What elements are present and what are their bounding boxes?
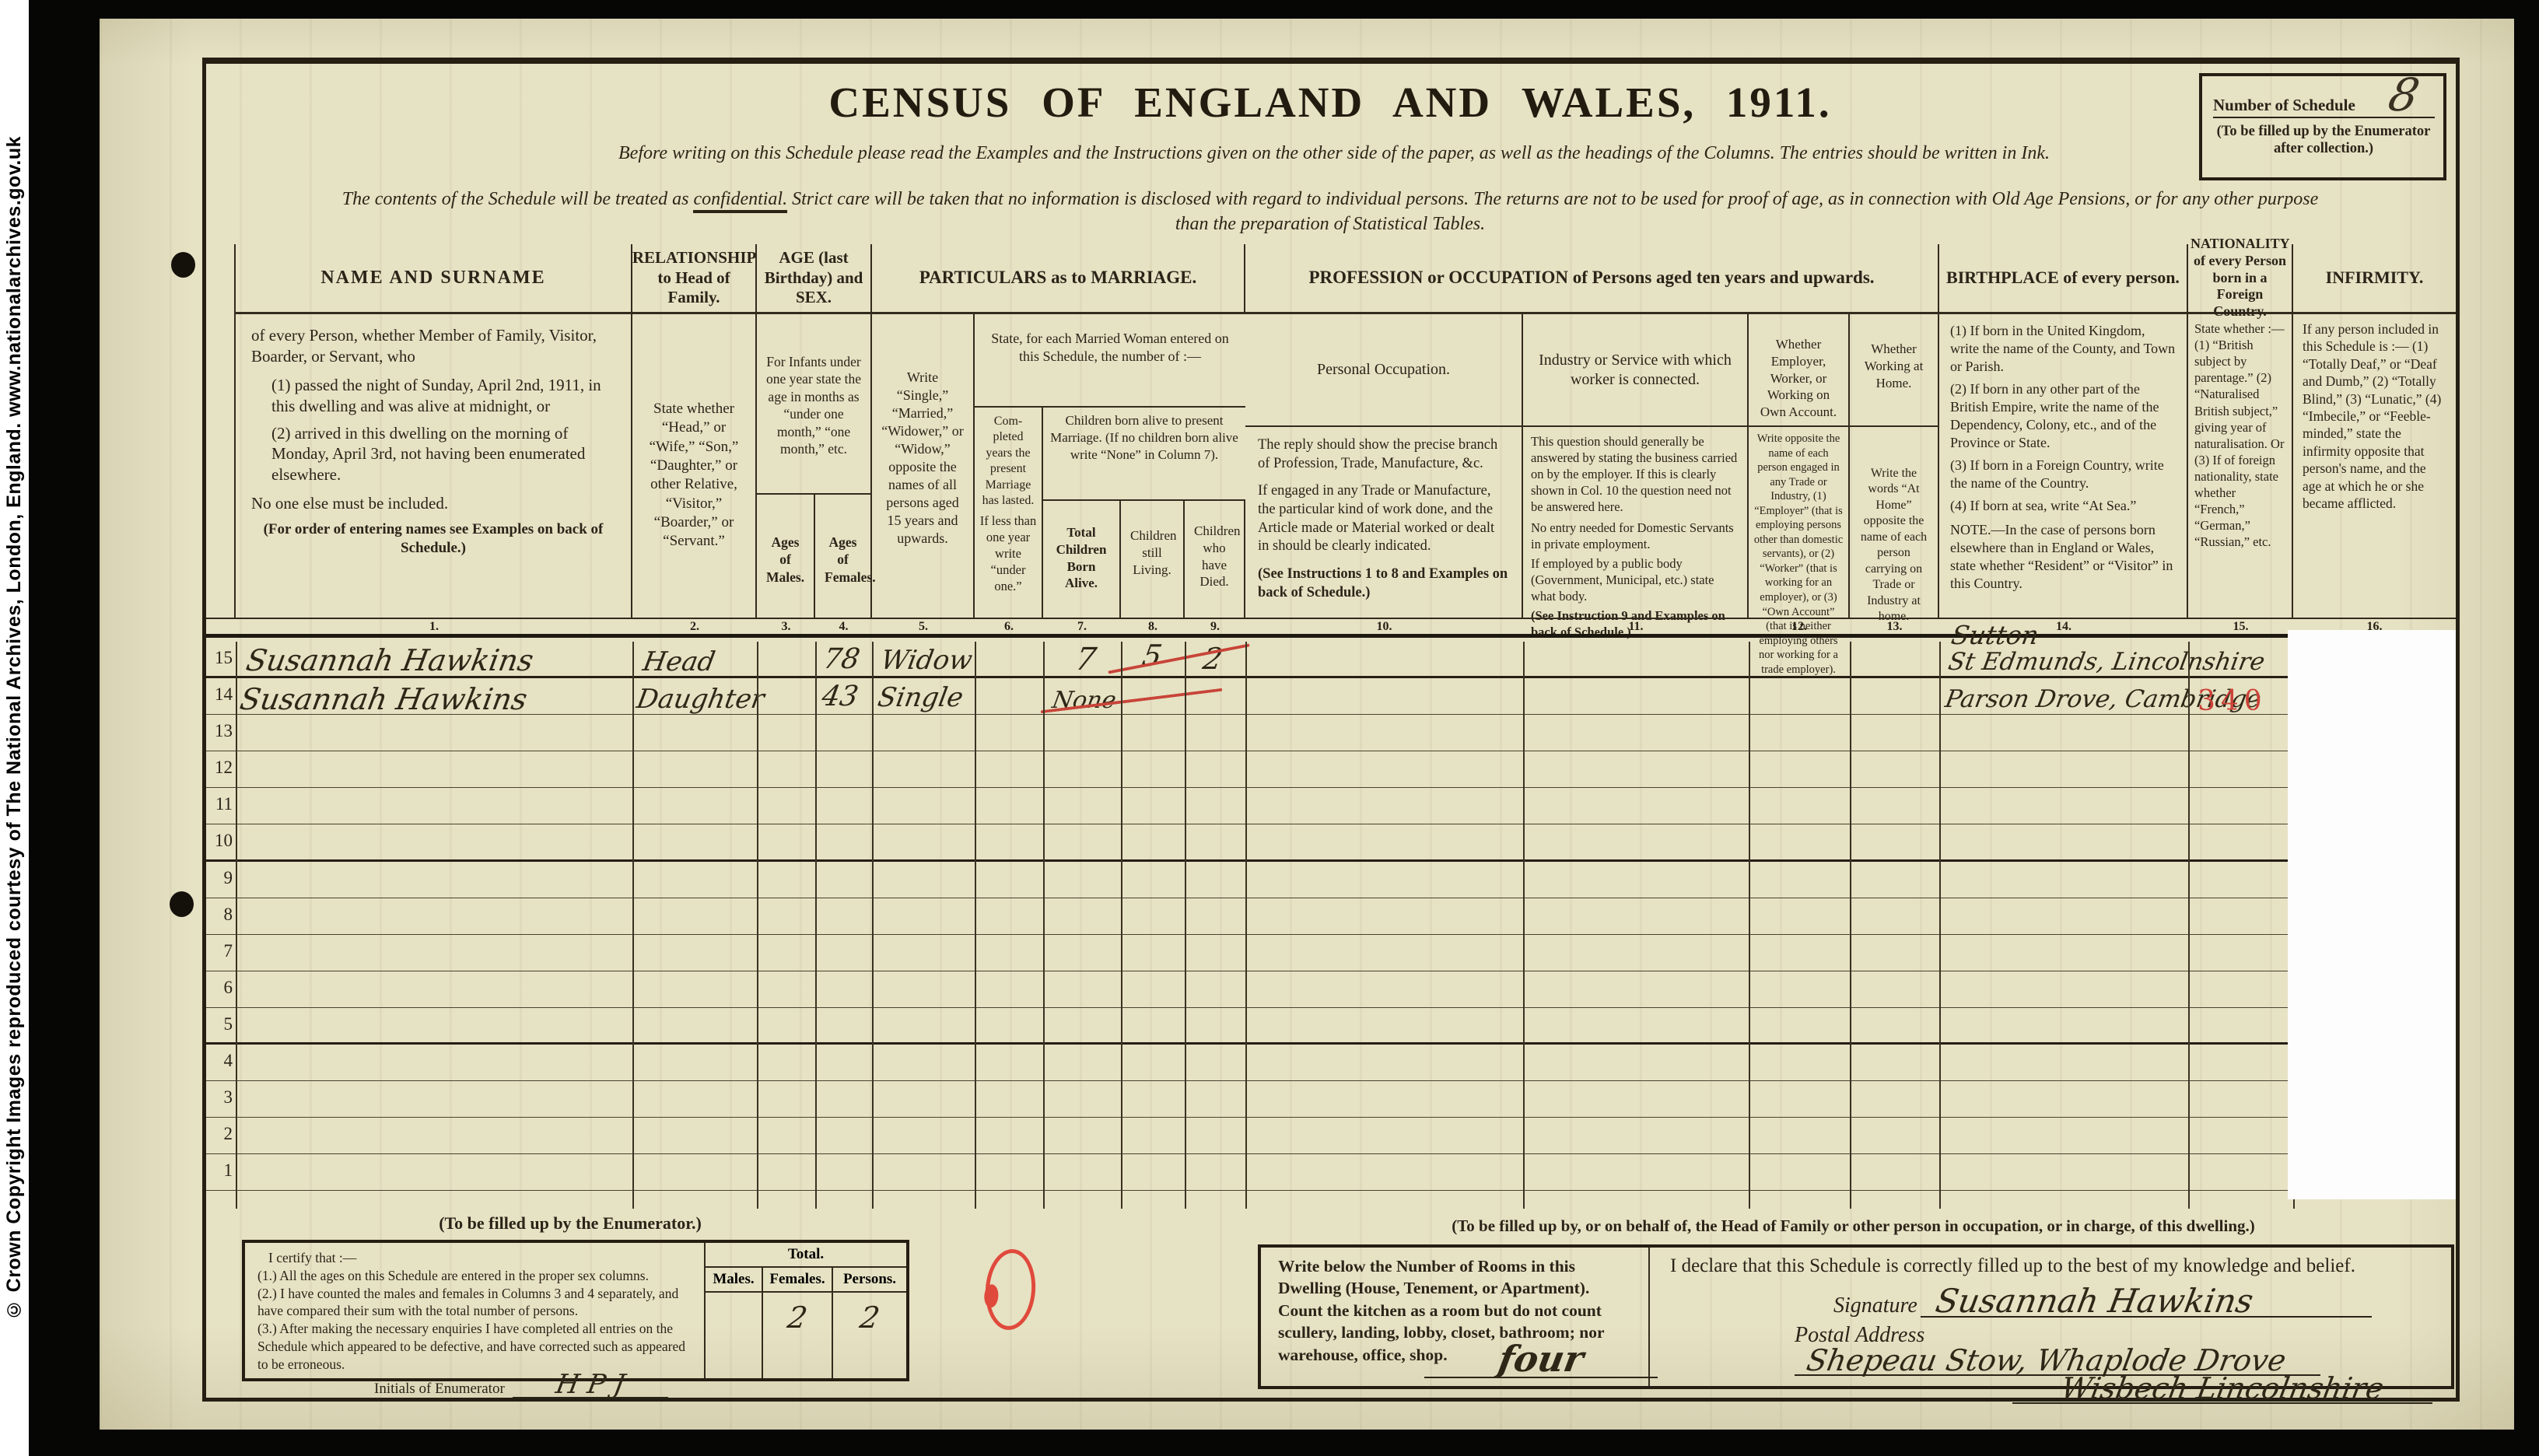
column-number: 11.	[1628, 620, 1643, 634]
col10-p1: The reply should show the precise branch…	[1258, 436, 1509, 473]
total-label: Total.	[706, 1243, 906, 1268]
row-number: 12	[206, 758, 233, 778]
totals-table: Total. Males. Females. 2 Person	[704, 1243, 906, 1378]
column-number: 6.	[1004, 620, 1014, 634]
col9-head: Children who have Died.	[1185, 501, 1245, 618]
column-divider	[815, 642, 817, 1209]
col14-i3: (3) If born in a Foreign Country, write …	[1950, 457, 2176, 492]
col12-title: Whether Employer, Worker, or Working on …	[1749, 314, 1850, 427]
col10-subtitle: Personal Occupation.	[1245, 314, 1523, 427]
table-row: 13	[206, 715, 2456, 751]
intro-line-2-post: Strict care will be taken that no inform…	[787, 189, 2318, 209]
hole-punch-top	[171, 252, 195, 278]
table-row: 4	[206, 1045, 2456, 1081]
col16-title: INFIRMITY.	[2293, 244, 2456, 314]
age-body: For Infants under one year state the age…	[757, 314, 872, 493]
row-number: 6	[206, 978, 233, 998]
postal-address-line2: Wisbech Lincolnshire	[2059, 1376, 2386, 1401]
row-number: 3	[206, 1087, 233, 1108]
table-row: 12	[206, 751, 2456, 788]
signature-label: Signature	[1833, 1293, 1917, 1318]
column-divider	[1749, 642, 1750, 1209]
col14-i2: (2) If born in any other part of the Bri…	[1950, 380, 2176, 452]
declaration-text: I declare that this Schedule is correctl…	[1670, 1255, 2432, 1277]
intro-line-2-tail: than the preparation of Statistical Tabl…	[1175, 214, 1485, 234]
col16-body: If any person included in this Schedule …	[2293, 314, 2456, 618]
column-divider	[1121, 642, 1122, 1209]
red-zero-mark	[982, 1248, 1038, 1332]
col3-head: Ages of Males.	[757, 493, 815, 618]
col5-body: Write “Single,” “Married,” “Widower,” or…	[872, 314, 975, 618]
persons-value: 2	[857, 1300, 882, 1335]
row-number: 15	[206, 648, 233, 668]
col7-head: Total Children Born Alive.	[1043, 501, 1121, 618]
column-divider	[1185, 642, 1186, 1209]
intro-line-1: Before writing on this Schedule please r…	[299, 143, 2369, 164]
rooms-cell: Write below the Number of Rooms in this …	[1261, 1248, 1650, 1386]
enumerator-certification: I certify that :— (1.) All the ages on t…	[245, 1243, 704, 1378]
col6-note: If less than one year write “under one.”	[979, 513, 1037, 595]
col15-body: State whether :— (1) “British subject by…	[2188, 314, 2293, 618]
row-number: 10	[206, 831, 233, 851]
row1-birthplace: St Edmunds, Lincolnshire	[1946, 648, 2267, 676]
row1-age-females: 78	[821, 643, 862, 675]
column-number: 9.	[1210, 620, 1220, 634]
row1-relationship: Head	[640, 646, 717, 677]
red-annotation-340: 340	[2198, 685, 2268, 717]
col4-head: Ages of Females.	[815, 493, 872, 618]
column-number: 12.	[1791, 620, 1807, 634]
females-label: Females.	[763, 1268, 832, 1293]
col12-body: Write opposite the name of each person e…	[1749, 427, 1850, 618]
table-row: 8	[206, 898, 2456, 935]
column-divider	[1043, 642, 1045, 1209]
col1-p2: (1) passed the night of Sunday, April 2n…	[251, 375, 615, 417]
col10-p3: (See Instructions 1 to 8 and Examples on…	[1258, 565, 1509, 602]
col15-title: NATIONALITY of every Person born in a Fo…	[2188, 244, 2293, 314]
col2-title: RELATIONSHIP to Head of Family.	[632, 244, 757, 314]
column-divider	[236, 642, 237, 1209]
females-value: 2	[785, 1300, 810, 1335]
bottom-sections: (To be filled up by the Enumerator.) I c…	[206, 1209, 2456, 1398]
column-number: 2.	[690, 620, 699, 634]
row-number: 13	[206, 721, 233, 741]
confidential-word: confidential.	[693, 189, 787, 213]
row-number: 9	[206, 868, 233, 888]
col1-p1: of every Person, whether Member of Famil…	[251, 325, 615, 367]
declaration-cell: I declare that this Schedule is correctl…	[1650, 1248, 2451, 1386]
row-number: 1	[206, 1160, 233, 1181]
postal-address-line1: Shepeau Stow, Whaplode Drove	[1805, 1348, 2288, 1373]
page-title: CENSUS OF ENGLAND AND WALES, 1911.	[206, 78, 2454, 127]
entry-rows: 151413121110987654321 Susannah Hawkins H…	[206, 642, 2456, 1209]
signature-value: Susannah Hawkins	[1934, 1288, 2255, 1314]
householder-heading: (To be filled up by, or on behalf of, th…	[1252, 1216, 2454, 1236]
column-number: 14.	[2056, 620, 2071, 634]
column-divider	[975, 642, 976, 1209]
copyright-text: © Crown Copyright Images reproduced cour…	[3, 136, 26, 1320]
initials-value: H P J	[555, 1374, 626, 1395]
col11-body: This question should generally be answer…	[1523, 427, 1749, 618]
column-divider	[1245, 642, 1247, 1209]
certify-item3: (3.) After making the necessary enquirie…	[257, 1320, 696, 1373]
age-title: AGE (last Birthday) and SEX.	[757, 244, 872, 314]
col2-body: State whether “Head,” or “Wife,” “Son,” …	[632, 314, 757, 618]
row2-marriage: Single	[875, 682, 965, 713]
column-number: 5.	[919, 620, 928, 634]
col6-body: Com- pleted years the present Marriage h…	[975, 408, 1043, 618]
table-row: 11	[206, 788, 2456, 824]
col14-body: (1) If born in the United Kingdom, write…	[1939, 314, 2188, 618]
col1-p4: No one else must be included.	[251, 493, 615, 514]
table-row: 7	[206, 935, 2456, 971]
col1-instructions: of every Person, whether Member of Famil…	[236, 314, 632, 618]
column-divider	[1523, 642, 1525, 1209]
column-number: 4.	[839, 620, 849, 634]
col11-p2: No entry needed for Domestic Servants in…	[1531, 520, 1739, 552]
column-number: 3.	[782, 620, 791, 634]
children-born-alive-head: Children born alive to present Marriage.…	[1043, 408, 1245, 501]
col11-p3: If employed by a public body (Government…	[1531, 555, 1739, 604]
col14-i1: (1) If born in the United Kingdom, write…	[1950, 322, 2176, 376]
col14-note: NOTE.—In the case of persons born elsewh…	[1950, 521, 2176, 593]
row1-birthplace-above: Sutton	[1949, 620, 2041, 650]
col6-text: Com- pleted years the present Marriage h…	[979, 414, 1037, 509]
householder-box: Write below the Number of Rooms in this …	[1258, 1244, 2454, 1389]
col1-title: NAME AND SURNAME	[236, 244, 632, 314]
column-header-band: NAME AND SURNAME of every Person, whethe…	[206, 244, 2456, 618]
males-label: Males.	[706, 1268, 762, 1293]
column-number: 1.	[429, 620, 439, 634]
certify-intro: I certify that :—	[257, 1249, 696, 1267]
row-number: 7	[206, 941, 233, 961]
rooms-value: four	[1496, 1343, 1585, 1374]
row-number: 5	[206, 1014, 233, 1034]
column-number: 10.	[1377, 620, 1392, 634]
col10-body: The reply should show the precise branch…	[1245, 427, 1523, 618]
column-number: 15.	[2233, 620, 2249, 634]
redaction-box	[2288, 630, 2456, 1199]
table-row: 2	[206, 1118, 2456, 1154]
table-row: 5	[206, 1008, 2456, 1045]
paper: Number of Schedule 8 (To be filled up by…	[100, 19, 2514, 1430]
col14-i4: (4) If born at sea, write “At Sea.”	[1950, 497, 2176, 515]
column-divider	[1850, 642, 1851, 1209]
row-number: 8	[206, 905, 233, 925]
row-number: 14	[206, 684, 233, 705]
profession-title: PROFESSION or OCCUPATION of Persons aged…	[1245, 244, 1939, 314]
col1-p3: (2) arrived in this dwelling on the morn…	[251, 423, 615, 486]
row1-marriage: Widow	[878, 645, 975, 676]
row-number: 2	[206, 1124, 233, 1144]
persons-label: Persons.	[833, 1268, 906, 1293]
certify-item1: (1.) All the ages on this Schedule are e…	[257, 1267, 696, 1285]
column-number: 13.	[1887, 620, 1903, 634]
intro-line-2-pre: The contents of the Schedule will be tre…	[342, 189, 694, 209]
col10-p2: If engaged in any Trade or Manufacture, …	[1258, 482, 1509, 556]
initials-label: Initials of Enumerator	[374, 1381, 505, 1397]
hole-punch-bottom	[170, 891, 194, 917]
col8-head: Children still Living.	[1121, 501, 1185, 618]
column-divider	[2188, 642, 2190, 1209]
row2-age-females: 43	[819, 681, 860, 712]
row2-relationship: Daughter	[634, 684, 766, 715]
column-divider	[1939, 642, 1941, 1209]
row-number-gutter-header	[206, 244, 236, 618]
col13-body: Write the words “At Home” opposite the n…	[1850, 427, 1939, 618]
enumerator-heading: (To be filled up by the Enumerator.)	[236, 1213, 905, 1234]
col11-p1: This question should generally be answer…	[1531, 433, 1739, 516]
table-row: 3	[206, 1081, 2456, 1118]
intro-line-2: The contents of the Schedule will be tre…	[222, 187, 2439, 237]
column-number: 8.	[1148, 620, 1157, 634]
col1-p5: (For order of entering names see Example…	[251, 520, 615, 558]
table-row: 9	[206, 862, 2456, 898]
marriage-title: PARTICULARS as to MARRIAGE.	[872, 244, 1245, 314]
table-row: 10	[206, 824, 2456, 861]
row2-name: Susannah Hawkins	[237, 682, 530, 716]
column-divider	[632, 642, 634, 1209]
row-number: 11	[206, 794, 233, 814]
col11-subtitle: Industry or Service with which worker is…	[1523, 314, 1749, 427]
marriage-subhead: State, for each Married Woman entered on…	[975, 314, 1245, 408]
table-row: 6	[206, 971, 2456, 1008]
column-divider	[872, 642, 874, 1209]
row1-name: Susannah Hawkins	[243, 643, 536, 677]
copyright-strip: © Crown Copyright Images reproduced cour…	[0, 0, 29, 1456]
col13-title: Whether Working at Home.	[1850, 314, 1939, 427]
schedule-form: Number of Schedule 8 (To be filled up by…	[202, 58, 2460, 1402]
enumerator-box: I certify that :— (1.) All the ages on t…	[242, 1240, 909, 1381]
table-row: 1	[206, 1154, 2456, 1191]
certify-item2: (2.) I have counted the males and female…	[257, 1285, 696, 1321]
column-divider	[757, 642, 758, 1209]
column-number-strip: 1.2.3.4.5.6.7.8.9.10.11.12.13.14.15.16.	[206, 618, 2456, 638]
census-schedule-scan: © Crown Copyright Images reproduced cour…	[0, 0, 2539, 1456]
col14-title: BIRTHPLACE of every person.	[1939, 244, 2188, 314]
row-number: 4	[206, 1051, 233, 1071]
column-number: 7.	[1077, 620, 1087, 634]
